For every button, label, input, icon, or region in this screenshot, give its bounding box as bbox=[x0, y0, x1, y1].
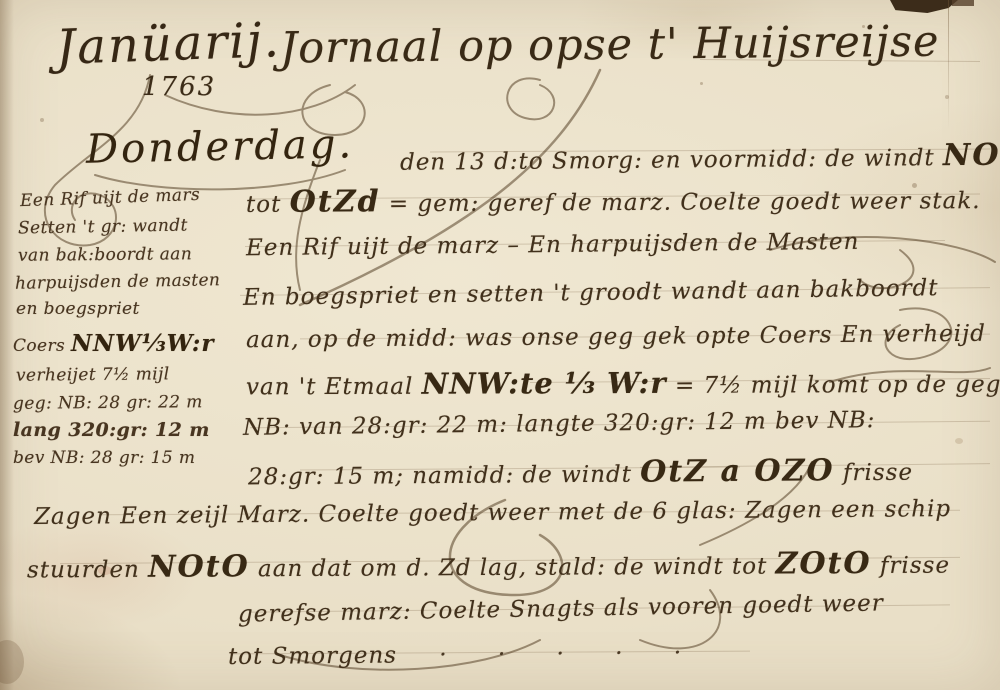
margin-note-1: Een Rif uijt de mars bbox=[20, 185, 201, 211]
page-fold-line bbox=[948, 0, 949, 130]
foxing-spot bbox=[945, 95, 949, 99]
line-text: tot bbox=[246, 192, 281, 218]
trailing-dots: · · · · · bbox=[439, 640, 682, 668]
line-text: frisse bbox=[843, 460, 913, 486]
journal-line-4: En boegspriet en setten 't groodt wandt … bbox=[243, 275, 939, 311]
line-text: 28:gr: 15 m; namidd: de windt bbox=[248, 462, 632, 491]
journal-line-9: Zagen Een zeijl Marz. Coelte goedt weer … bbox=[34, 496, 951, 530]
manuscript-page: Janüarij. 1763 Jornaal op opse t' Huijsr… bbox=[0, 0, 1000, 690]
line-text: = gem: geref de marz. Coelte goedt weer … bbox=[389, 188, 981, 217]
journal-line-5: aan, op de midd: was onse geg gek opte C… bbox=[246, 321, 986, 353]
line-text: aan dat om d. Zd lag, stald: de windt to… bbox=[258, 554, 767, 583]
journal-line-8: 28:gr: 15 m; namidd: de windt OtZ a OZO … bbox=[248, 453, 913, 493]
course-label: Coers bbox=[13, 336, 65, 356]
journal-line-11: gerefse marz: Coelte Snagts als vooren g… bbox=[238, 590, 884, 627]
margin-distance: verheijet 7½ mijl bbox=[16, 364, 170, 385]
page-left-edge bbox=[0, 0, 14, 690]
foxing-spot bbox=[700, 82, 703, 85]
line-text: van 't Etmaal bbox=[246, 374, 413, 401]
journal-line-12: tot Smorgens · · · · · bbox=[228, 640, 682, 670]
journal-line-3: Een Rif uijt de marz – En harpuijsden de… bbox=[246, 229, 860, 261]
journal-line-2: tot OtZd = gem: geref de marz. Coelte go… bbox=[246, 181, 981, 220]
margin-note-3: van bak:boordt aan bbox=[18, 244, 192, 266]
wind-direction-token: NOtO bbox=[943, 137, 1000, 173]
foxing-spot bbox=[955, 438, 963, 444]
margin-course: Coers NNW⅓W:r bbox=[13, 330, 215, 357]
journal-title: Jornaal op opse t' Huijsreijse bbox=[280, 17, 940, 74]
margin-latitude-estimated: geg: NB: 28 gr: 22 m bbox=[13, 392, 203, 414]
scan-edge-top-right-fragment bbox=[952, 0, 974, 6]
journal-line-1: den 13 d:to Smorg: en voormidd: de windt… bbox=[400, 137, 1000, 178]
foxing-spot bbox=[0, 640, 24, 684]
wind-direction-token: OtZ a OZO bbox=[640, 453, 835, 489]
header-year: 1763 bbox=[142, 72, 216, 102]
wind-direction-token: ZOtO bbox=[776, 546, 872, 582]
line-text: den 13 d:to Smorg: en voormidd: de windt bbox=[400, 145, 935, 176]
margin-note-5: en boegspriet bbox=[16, 299, 140, 319]
journal-line-10: stuurden NOtO aan dat om d. Zd lag, stal… bbox=[27, 546, 950, 586]
journal-line-7: NB: van 28:gr: 22 m: langte 320:gr: 12 m… bbox=[243, 407, 876, 441]
line-text: frisse bbox=[880, 553, 950, 579]
wind-direction-token: NOtO bbox=[148, 549, 250, 585]
foxing-spot bbox=[40, 118, 44, 122]
line-text: = 7½ mijl komt op de geg: bbox=[675, 372, 1000, 399]
course-token: NNW⅓W:r bbox=[71, 330, 215, 357]
margin-longitude: lang 320:gr: 12 m bbox=[13, 419, 210, 441]
journal-line-6: van 't Etmaal NNW:te ⅓ W:r = 7½ mijl kom… bbox=[246, 365, 1000, 402]
line-text: stuurden bbox=[27, 557, 140, 584]
day-heading: Donderdag. bbox=[86, 121, 355, 173]
line-text: tot Smorgens bbox=[228, 643, 397, 670]
header-month: Janüarij. bbox=[55, 12, 282, 76]
wind-direction-token: OtZd bbox=[290, 184, 381, 219]
margin-latitude-observed: bev NB: 28 gr: 15 m bbox=[13, 448, 195, 468]
course-token: NNW:te ⅓ W:r bbox=[422, 366, 667, 401]
margin-note-2: Setten 't gr: wandt bbox=[18, 216, 188, 239]
margin-note-4: harpuijsden de masten bbox=[15, 270, 221, 294]
